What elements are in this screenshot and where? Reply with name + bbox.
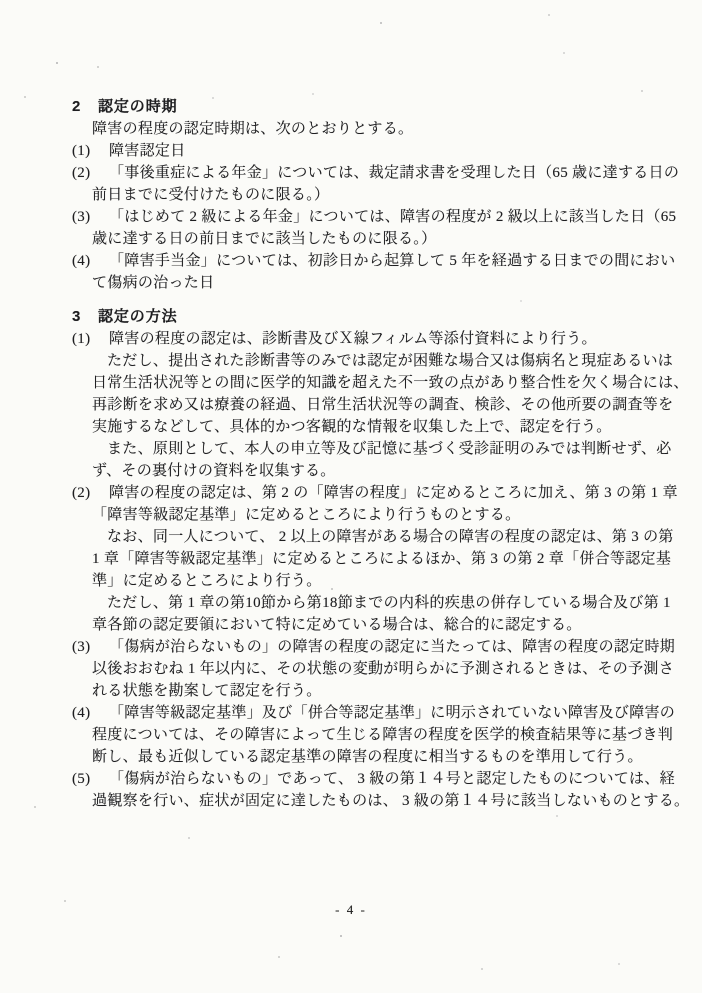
item-text: 「傷病が治らないもの」の障害の程度の認定に当たっては、障害の程度の認定時期: [109, 639, 675, 655]
item-marker: (1): [72, 140, 109, 162]
list-item-line: (2)障害の程度の認定は、第 2 の「障害の程度」に定めるところに加え、第 3 …: [72, 482, 662, 504]
section-number: 3: [72, 306, 98, 328]
section-title: 認定の方法: [98, 308, 178, 325]
paragraph-line: 章各節の認定要領において特に定めている場合は、総合的に認定する。: [72, 614, 662, 636]
paragraph-first-line: ただし、提出された診断書等のみでは認定が困難な場合又は傷病名と現症あるいは: [72, 350, 662, 372]
item-marker: (5): [72, 768, 109, 790]
item-text: 「はじめて 2 級による年金」については、障害の程度が 2 級以上に該当した日（…: [109, 209, 676, 225]
page-content: 2認定の時期 障害の程度の認定時期は、次のとおりとする。 (1)障害認定日 (2…: [72, 96, 662, 812]
item-text: 「傷病が治らないもの」であって、 3 級の第１４号と認定したものについては、経: [109, 771, 675, 787]
paragraph-line: 断し、最も近似している認定基準の障害の程度に相当するものを準用して行う。: [72, 746, 662, 768]
section-heading: 2認定の時期: [72, 96, 662, 118]
item-text: 「事後重症による年金」については、裁定請求書を受理した日（65 歳に達する日の: [109, 165, 679, 181]
item-marker: (2): [72, 482, 109, 504]
paragraph-line: 過観察を行い、症状が固定に達したものは、 3 級の第１４号に該当しないものとする…: [72, 790, 662, 812]
document-page: 2認定の時期 障害の程度の認定時期は、次のとおりとする。 (1)障害認定日 (2…: [0, 0, 702, 993]
paragraph-line: 再診断を求め又は療養の経過、日常生活状況等の調査、検診、その他所要の調査等を: [72, 394, 662, 416]
item-marker: (3): [72, 206, 109, 228]
list-item-line: (2)「事後重症による年金」については、裁定請求書を受理した日（65 歳に達する…: [72, 162, 662, 184]
paragraph-line: 以後おおむね 1 年以内に、その状態の変動が明らかに予測されるときは、その予測さ: [72, 658, 662, 680]
item-continuation-line: 前日までに受付けたものに限る。）: [72, 184, 662, 206]
page-footer: - 4 -: [0, 901, 702, 919]
item-marker: (3): [72, 636, 109, 658]
section-nintei-no-hoho: 3認定の方法 (1)障害の程度の認定は、診断書及びＸ線フィルム等添付資料により行…: [72, 306, 662, 812]
paragraph-first-line: また、原則として、本人の申立等及び記憶に基づく受診証明のみでは判断せず、必: [72, 438, 662, 460]
item-text: 障害の程度の認定は、第 2 の「障害の程度」に定めるところに加え、第 3 の第 …: [109, 485, 678, 501]
item-marker: (4): [72, 702, 109, 724]
item-text: 障害の程度の認定は、診断書及びＸ線フィルム等添付資料により行う。: [109, 331, 597, 347]
section-title: 認定の時期: [98, 98, 178, 115]
item-text: 「障害手当金」については、初診日から起算して 5 年を経過する日までの間におい: [109, 253, 675, 269]
paragraph-line: 準」に定めるところにより行う。: [72, 570, 662, 592]
paragraph-line: 1 章「障害等級認定基準」に定めるところによるほか、第 3 の第 2 章「併合等…: [72, 548, 662, 570]
paragraph-line: れる状態を勘案して認定を行う。: [72, 680, 662, 702]
list-item-line: (3)「傷病が治らないもの」の障害の程度の認定に当たっては、障害の程度の認定時期: [72, 636, 662, 658]
item-continuation-line: 歳に達する日の前日までに該当したものに限る。）: [72, 228, 662, 250]
item-marker: (1): [72, 328, 109, 350]
list-item-line: (5)「傷病が治らないもの」であって、 3 級の第１４号と認定したものについては…: [72, 768, 662, 790]
list-item-line: (3)「はじめて 2 級による年金」については、障害の程度が 2 級以上に該当し…: [72, 206, 662, 228]
paragraph-line: 日常生活状況等との間に医学的知識を超えた不一致の点があり整合性を欠く場合には、: [72, 372, 662, 394]
item-marker: (4): [72, 250, 109, 272]
paragraph-line: ず、その裏付けの資料を収集する。: [72, 460, 662, 482]
page-number: - 4 -: [335, 902, 367, 917]
item-text: 「障害等級認定基準」及び「併合等認定基準」に明示されていない障害及び障害の: [109, 705, 675, 721]
paragraph-first-line: なお、同一人について、 2 以上の障害がある場合の障害の程度の認定は、第 3 の…: [72, 526, 662, 548]
list-item-line: (4)「障害手当金」については、初診日から起算して 5 年を経過する日までの間に…: [72, 250, 662, 272]
section-number: 2: [72, 96, 98, 118]
paragraph-line: 実施するなどして、具体的かつ客観的な情報を収集した上で、認定を行う。: [72, 416, 662, 438]
paragraph-line: 程度については、その障害によって生じる障害の程度を医学的検査結果等に基づき判: [72, 724, 662, 746]
section-heading: 3認定の方法: [72, 306, 662, 328]
scan-noise: [0, 0, 2, 2]
list-item-line: (4)「障害等級認定基準」及び「併合等認定基準」に明示されていない障害及び障害の: [72, 702, 662, 724]
intro-line: 障害の程度の認定時期は、次のとおりとする。: [72, 118, 662, 140]
list-item-line: (1)障害の程度の認定は、診断書及びＸ線フィルム等添付資料により行う。: [72, 328, 662, 350]
item-text: 障害認定日: [109, 143, 186, 159]
list-item-line: (1)障害認定日: [72, 140, 662, 162]
section-nintei-no-jiki: 2認定の時期 障害の程度の認定時期は、次のとおりとする。 (1)障害認定日 (2…: [72, 96, 662, 294]
item-continuation-line: て傷病の治った日: [72, 272, 662, 294]
paragraph-line: 「障害等級認定基準」に定めるところにより行うものとする。: [72, 504, 662, 526]
paragraph-first-line: ただし、第 1 章の第10節から第18節までの内科的疾患の併存している場合及び第…: [72, 592, 662, 614]
item-marker: (2): [72, 162, 109, 184]
